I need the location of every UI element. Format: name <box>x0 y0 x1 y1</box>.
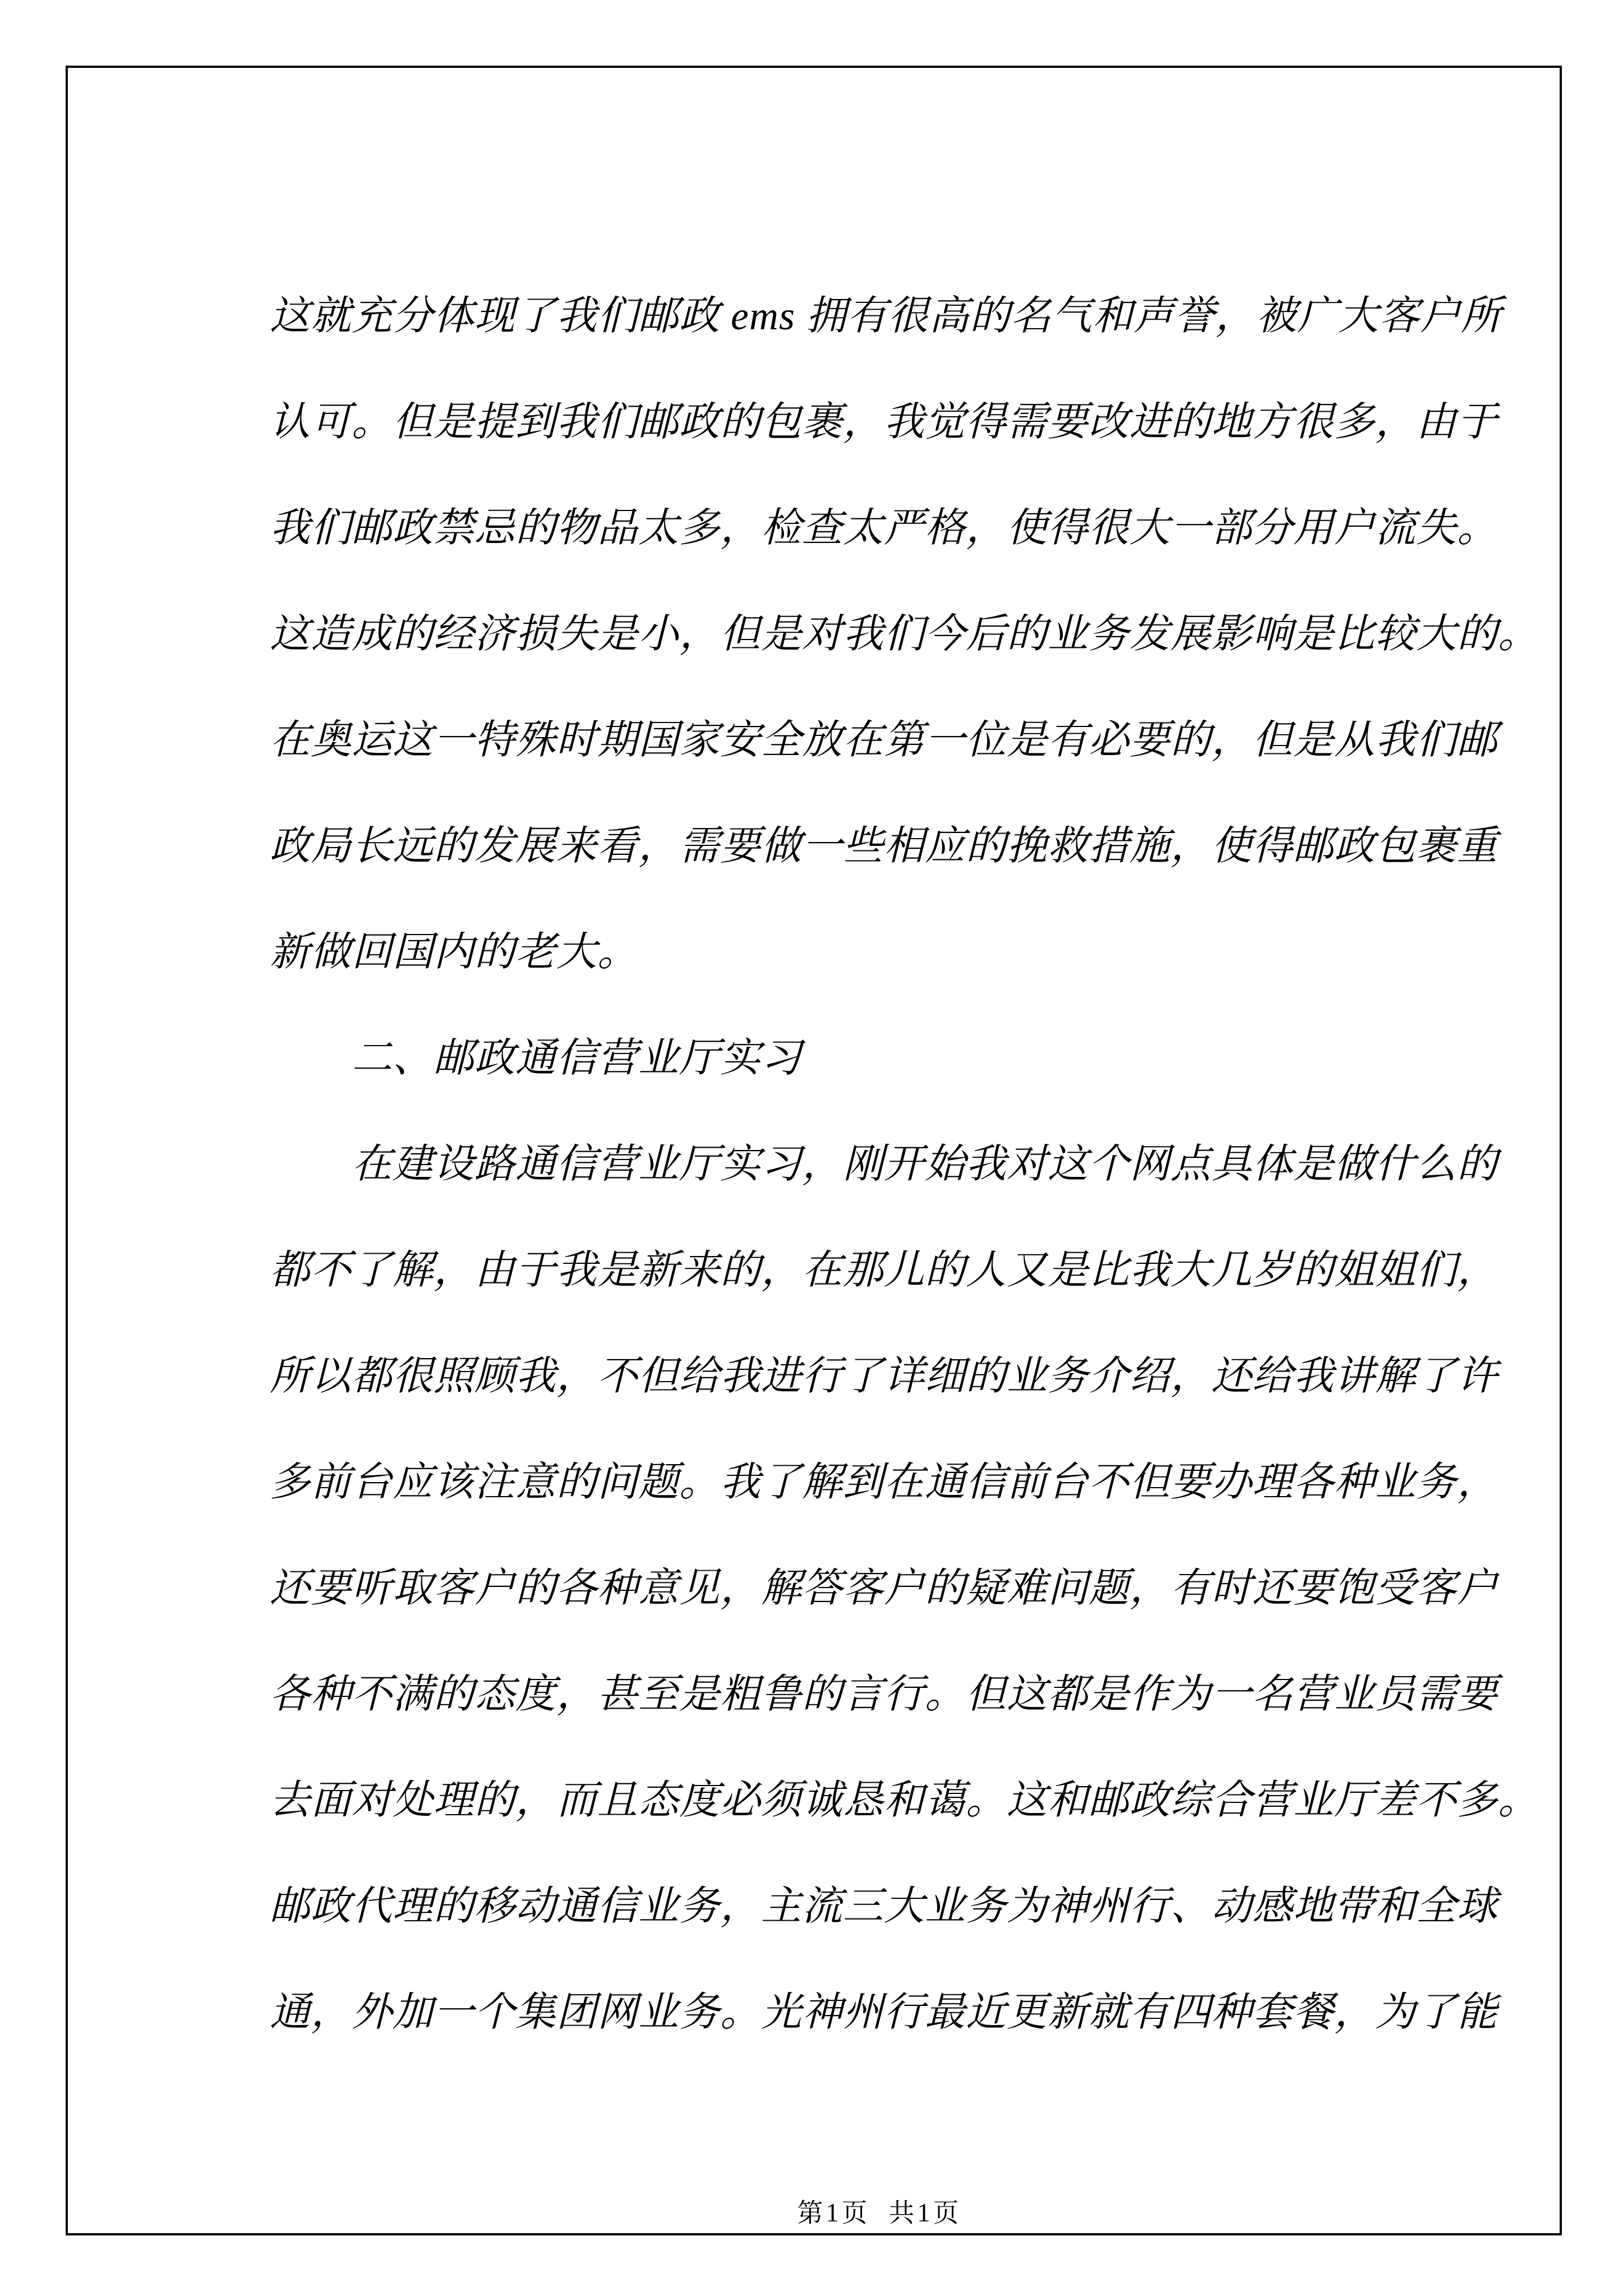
text-line: 我们邮政禁忌的物品太多，检查太严格，使得很大一部分用户流失。 <box>270 475 1560 581</box>
page-border: 这就充分体现了我们邮政 ems 拥有很高的名气和声誉，被广大客户所认可。但是提到… <box>66 66 1562 2235</box>
document-page: 这就充分体现了我们邮政 ems 拥有很高的名气和声誉，被广大客户所认可。但是提到… <box>0 0 1623 2296</box>
text-line: 新做回国内的老大。 <box>270 899 1560 1005</box>
text-line: 所以都很照顾我，不但给我进行了详细的业务介绍，还给我讲解了许 <box>270 1323 1560 1429</box>
text-line: 多前台应该注意的问题。我了解到在通信前台不但要办理各种业务， <box>270 1429 1560 1535</box>
text-line: 这就充分体现了我们邮政 ems 拥有很高的名气和声誉，被广大客户所 <box>270 263 1560 369</box>
page-footer: 第1页 共1页 <box>68 2196 1623 2230</box>
text-line: 去面对处理的，而且态度必须诚恳和蔼。这和邮政综合营业厅差不多。 <box>270 1747 1560 1853</box>
text-line: 在建设路通信营业厅实习，刚开始我对这个网点具体是做什么的 <box>270 1111 1560 1217</box>
text-line: 政局长远的发展来看，需要做一些相应的挽救措施，使得邮政包裹重 <box>270 793 1560 899</box>
text-line: 认可。但是提到我们邮政的包裹，我觉得需要改进的地方很多，由于 <box>270 369 1560 475</box>
text-line: 都不了解，由于我是新来的，在那儿的人又是比我大几岁的姐姐们， <box>270 1217 1560 1323</box>
text-line: 二、邮政通信营业厅实习 <box>270 1005 1560 1111</box>
text-line: 还要听取客户的各种意见，解答客户的疑难问题，有时还要饱受客户 <box>270 1535 1560 1641</box>
text-line: 通，外加一个集团网业务。光神州行最近更新就有四种套餐，为了能 <box>270 1959 1560 2065</box>
text-line: 邮政代理的移动通信业务，主流三大业务为神州行、动感地带和全球 <box>270 1853 1560 1959</box>
body-text: 这就充分体现了我们邮政 ems 拥有很高的名气和声誉，被广大客户所认可。但是提到… <box>270 263 1560 2065</box>
text-line: 这造成的经济损失是小，但是对我们今后的业务发展影响是比较大的。 <box>270 581 1560 687</box>
text-line: 在奥运这一特殊时期国家安全放在第一位是有必要的，但是从我们邮 <box>270 687 1560 793</box>
text-line: 各种不满的态度，甚至是粗鲁的言行。但这都是作为一名营业员需要 <box>270 1641 1560 1747</box>
